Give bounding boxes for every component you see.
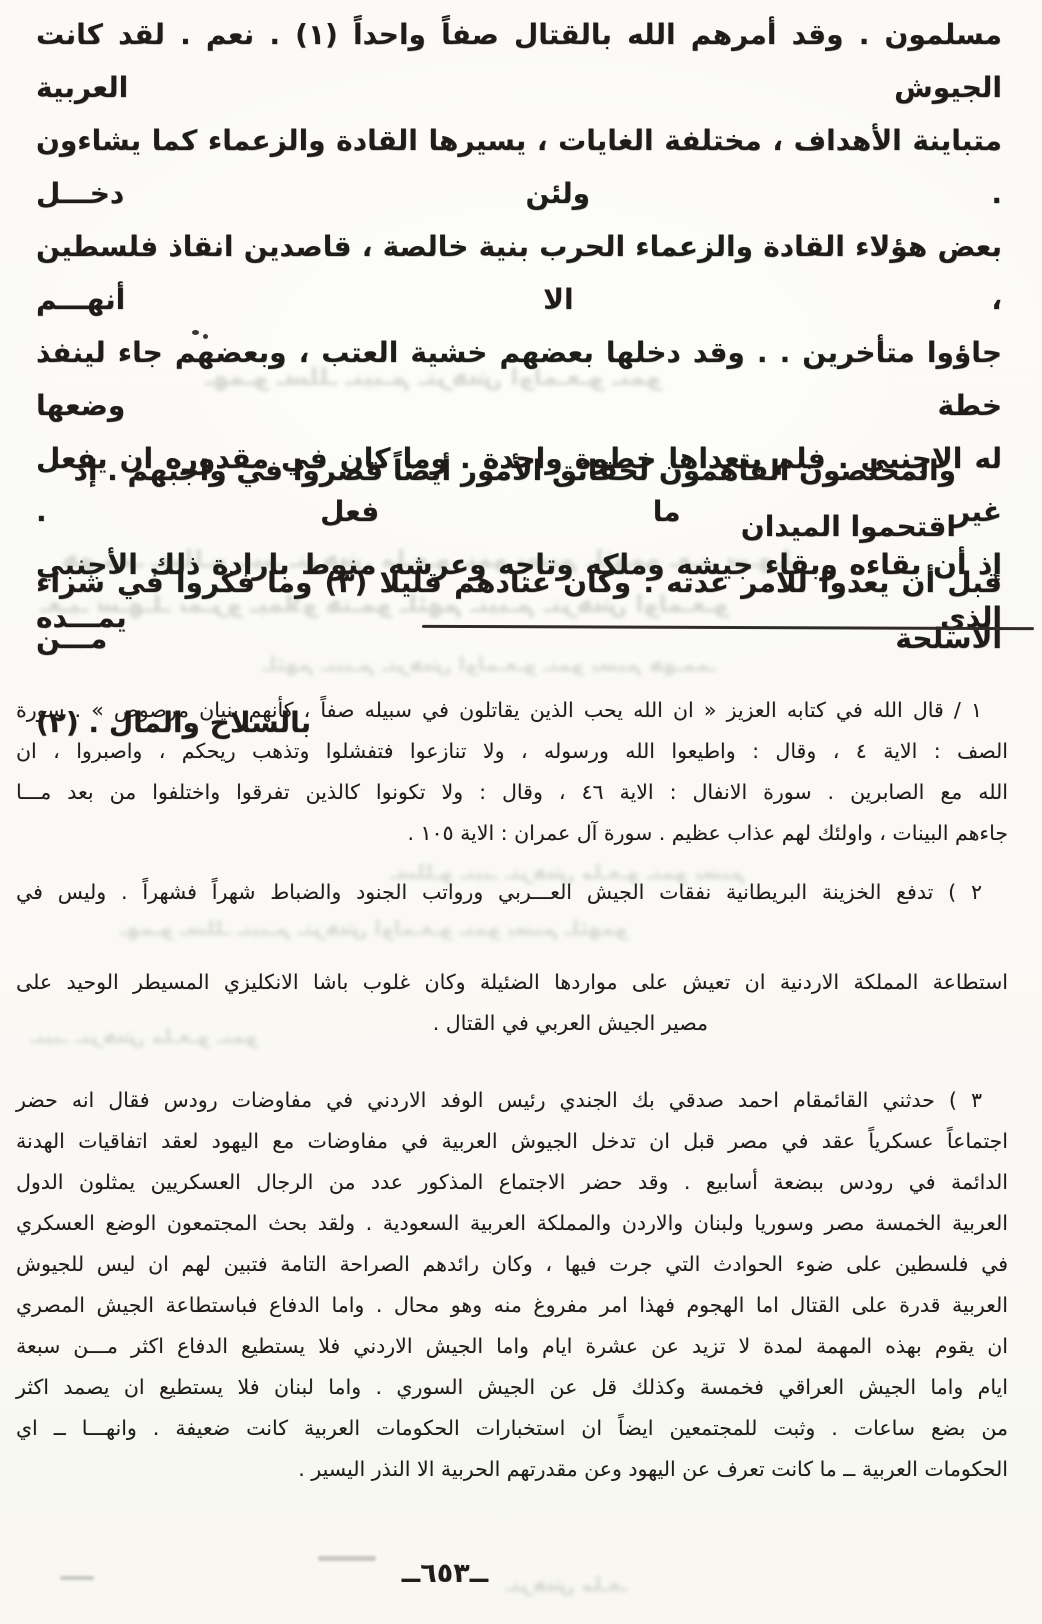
footnote-1: ١ / قال الله في كتابه العزيز « ان الله ي… — [16, 690, 1008, 854]
footnote-line: ٢ ) تدفع الخزينة البريطانية نفقات الجيش … — [16, 872, 1008, 913]
footnote-line: من بضع ساعات . وثبت للمجتمعين ايضاً ان ا… — [16, 1408, 1008, 1449]
footnote-2: ٢ ) تدفع الخزينة البريطانية نفقات الجيش … — [16, 872, 1008, 1044]
footnote-line: ١ / قال الله في كتابه العزيز « ان الله ي… — [16, 690, 1008, 731]
text-line: متباينة الأهداف ، مختلفة الغايات ، يسيره… — [36, 114, 1002, 220]
footnote-3: ٣ ) حدثني القائمقام احمد صدقي بك الجندي … — [16, 1080, 1008, 1490]
scanned-book-page: ـهمـو ـسللـ ـنيبـم ـترهش اولمـعـو ـنمو ه… — [0, 0, 1042, 1624]
footnote-line: جاءهم البينات ، واولئك لهم عذاب عظيم . س… — [16, 813, 1008, 854]
footnote-line: في فلسطين على ضوء الحوادث التي جرت فيها … — [16, 1244, 1008, 1285]
text-line: والمخلصون الفاهمون لحقائق الأمور أيضاً ق… — [36, 443, 1002, 555]
footnote-line: اجتماعاً عسكرياً عقد في مصر قبل ان تدخل … — [16, 1121, 1008, 1162]
text-line: مسلمون . وقد أمرهم الله بالقتال صفاً واح… — [36, 8, 1002, 114]
footnote-line: الدائمة في رودس ببضعة أسابيع . وقد حضر ا… — [16, 1162, 1008, 1203]
footnote-line: ان يقوم بهذه المهمة لمدة لا تزيد عن عشرة… — [16, 1326, 1008, 1367]
body-paragraph-2: والمخلصون الفاهمون لحقائق الأمور أيضاً ق… — [36, 443, 1002, 667]
footnote-line: ٣ ) حدثني القائمقام احمد صدقي بك الجندي … — [16, 1080, 1008, 1121]
text-line: بعض هؤلاء القادة والزعماء الحرب بنية خال… — [36, 220, 1002, 326]
footnote-line: العربية قدرة على القتال اما الهجوم فهذا … — [16, 1285, 1008, 1326]
footnote-line: ايام واما الجيش العراقي فخمسة وكذلك قل ع… — [16, 1367, 1008, 1408]
footnote-line: العربية الخمسة مصر وسوريا ولبنان والاردن… — [16, 1203, 1008, 1244]
footnote-line: استطاعة المملكة الاردنية ان تعيش على موا… — [16, 962, 1008, 1003]
page-number: ــ٦٥٣ــ — [0, 1558, 890, 1589]
footnote-line: الحكومات العربية ــ ما كانت تعرف عن اليه… — [16, 1449, 1008, 1490]
footnote-line: الله مع الصابرين . سورة الانفال : الاية … — [16, 772, 1008, 813]
text-line: جاؤوا متأخرين . . وقد دخلها بعضهم خشية ا… — [36, 326, 1002, 432]
footnote-line: الصف : الاية ٤ ، وقال : واطيعوا الله ورس… — [16, 731, 1008, 772]
text-line: قبل أن يعدوا للامر عدته . وكان عتادهم قل… — [36, 555, 1002, 667]
footnote-line: مصير الجيش العربي في القتال . — [16, 1003, 1008, 1044]
